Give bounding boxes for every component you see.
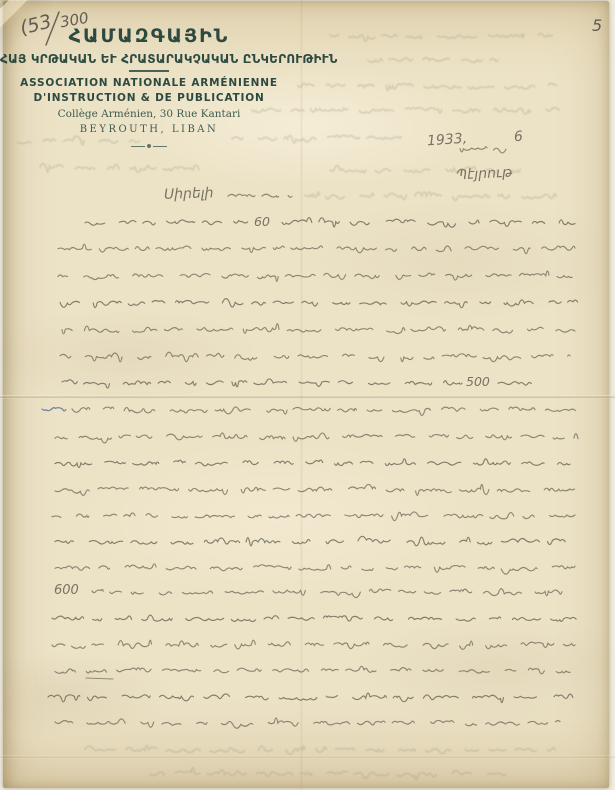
amount-500: 500 (466, 374, 490, 389)
salutation-word: Սիրելի (164, 185, 214, 203)
date-year: 1933, (426, 131, 467, 150)
letterhead-french-line2: D'INSTRUCTION & DE PUBLICATION (0, 92, 298, 104)
page-number: 5 (592, 16, 602, 35)
date-day: 6 (513, 129, 523, 146)
letterhead-address: Collège Arménien, 30 Rue Kantari (0, 108, 298, 120)
letterhead: ՀԱՄԱԶԳԱՅԻՆ ՀԱՅ ԿՐԹԱԿԱՆ ԵՒ ՀՐԱՏԱՐԱԿՉԱԿԱՆ … (0, 25, 298, 148)
amount-60: 60 (254, 214, 270, 229)
letterhead-french-line1: ASSOCIATION NATIONALE ARMÉNIENNE (0, 77, 298, 89)
letterhead-rule (129, 70, 169, 72)
letterhead-armenian-subtitle: ՀԱՅ ԿՐԹԱԿԱՆ ԵՒ ՀՐԱՏԱՐԱԿՉԱԿԱՆ ԸՆԿԵՐՈՒԹԻՒՆ (0, 52, 298, 66)
letterhead-ornament (0, 144, 298, 148)
scan-background: { "page_number": "5", "archival_marks": … (0, 0, 615, 790)
place-name: Պէյրութ (456, 165, 513, 184)
amount-600: 600 (54, 583, 79, 598)
letterhead-city: BEYROUTH, LIBAN (0, 124, 298, 135)
